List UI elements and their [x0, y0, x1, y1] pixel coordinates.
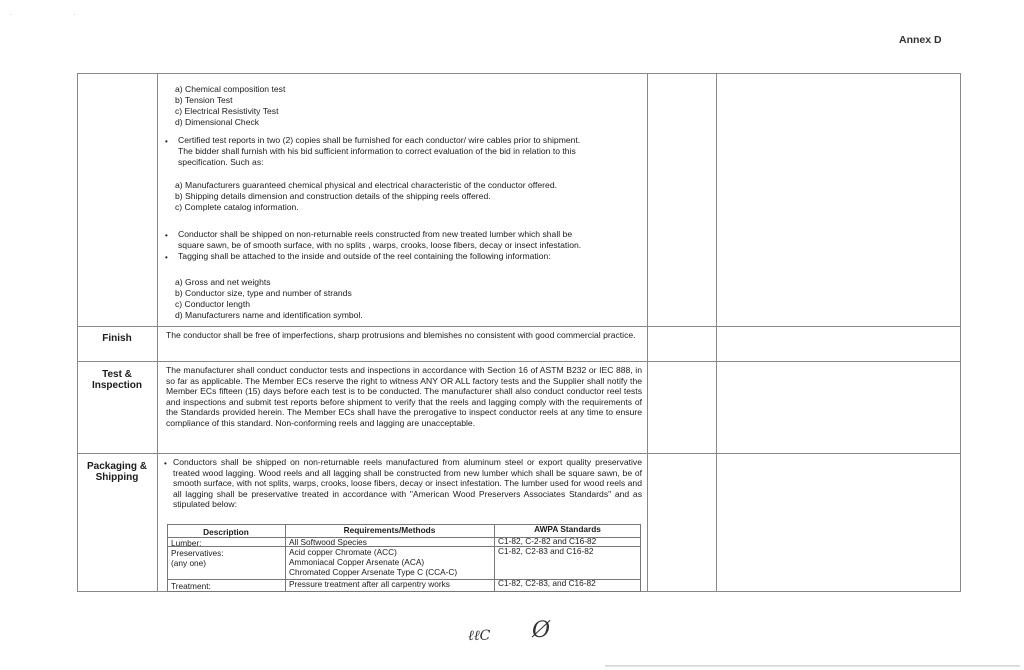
awpa-cell-standards: C1-82, C2-83 and C16-82	[498, 546, 593, 556]
tag-item-a: a) Gross and net weights	[175, 277, 271, 288]
test-item-d: d) Dimensional Check	[175, 117, 259, 128]
page-edge-shadow	[605, 665, 1020, 667]
test-item-a: a) Chemical composition test	[175, 84, 285, 95]
test-inspection-label: Test & Inspection	[76, 369, 158, 391]
awpa-cell-requirements: All Softwood Species	[289, 537, 367, 547]
scan-specks: · ·	[10, 12, 106, 18]
row-divider-1	[77, 326, 961, 327]
awpa-cell-description: Treatment:	[171, 581, 211, 591]
bullet-icon: •	[165, 231, 168, 240]
certified-line-2: The bidder shall furnish with his bid su…	[178, 146, 576, 157]
awpa-col-divider	[494, 524, 495, 592]
signature-mark: Ø	[532, 618, 550, 643]
packaging-label: Packaging & Shipping	[76, 461, 158, 483]
reels-line-1: Conductor shall be shipped on non-return…	[178, 229, 572, 240]
test-inspection-text: The manufacturer shall conduct conductor…	[166, 365, 642, 429]
tag-item-c: c) Conductor length	[175, 299, 250, 310]
awpa-header-standards: AWPA Standards	[494, 524, 641, 534]
test-item-b: b) Tension Test	[175, 95, 233, 106]
label-line: Inspection	[76, 380, 158, 391]
awpa-header-description: Description	[167, 527, 285, 537]
label-line: Test &	[76, 369, 158, 380]
label-line: Shipping	[76, 472, 158, 483]
awpa-cell-description: Preservatives:	[171, 548, 224, 558]
tagging-line: Tagging shall be attached to the inside …	[178, 251, 551, 262]
awpa-cell-requirements: Ammoniacal Copper Arsenate (ACA)	[289, 557, 424, 567]
awpa-cell-description: (any one)	[171, 558, 206, 568]
bullet-icon: •	[165, 253, 168, 262]
certified-line-1: Certified test reports in two (2) copies…	[178, 135, 580, 146]
awpa-cell-requirements: Chromated Copper Arsenate Type C (CCA-C)	[289, 567, 457, 577]
awpa-cell-standards: C1-82, C2-83, and C16-82	[498, 578, 596, 588]
row-divider-3	[77, 453, 961, 454]
tag-item-b: b) Conductor size, type and number of st…	[175, 288, 352, 299]
such-as-item-a: a) Manufacturers guaranteed chemical phy…	[175, 180, 557, 191]
finish-text: The conductor shall be free of imperfect…	[166, 330, 642, 341]
awpa-cell-description: Lumber:	[171, 538, 201, 548]
reels-line-2: square sawn, be of smooth surface, with …	[178, 240, 581, 251]
such-as-item-b: b) Shipping details dimension and constr…	[175, 191, 491, 202]
certified-line-3: specification. Such as:	[178, 157, 264, 168]
row-divider-2	[77, 361, 961, 362]
awpa-cell-requirements: Pressure treatment after all carpentry w…	[289, 579, 450, 589]
awpa-header-requirements: Requirements/Methods	[285, 525, 494, 535]
bullet-icon: •	[164, 459, 167, 468]
tag-item-d: d) Manufacturers name and identification…	[175, 310, 363, 321]
awpa-cell-requirements: Acid copper Chromate (ACC)	[289, 547, 397, 557]
annex-title: Annex D	[899, 34, 942, 46]
label-line: Packaging &	[76, 461, 158, 472]
initials-signature: ℓℓC	[468, 628, 490, 645]
col-divider-2	[647, 73, 648, 592]
finish-label: Finish	[76, 333, 158, 344]
col-divider-3	[716, 73, 717, 592]
such-as-item-c: c) Complete catalog information.	[175, 202, 299, 213]
bullet-icon: •	[165, 137, 168, 146]
awpa-cell-standards: C1-82, C-2-82 and C16-82	[498, 536, 596, 546]
packaging-text: Conductors shall be shipped on non-retur…	[173, 457, 642, 510]
test-item-c: c) Electrical Resistivity Test	[175, 106, 278, 117]
